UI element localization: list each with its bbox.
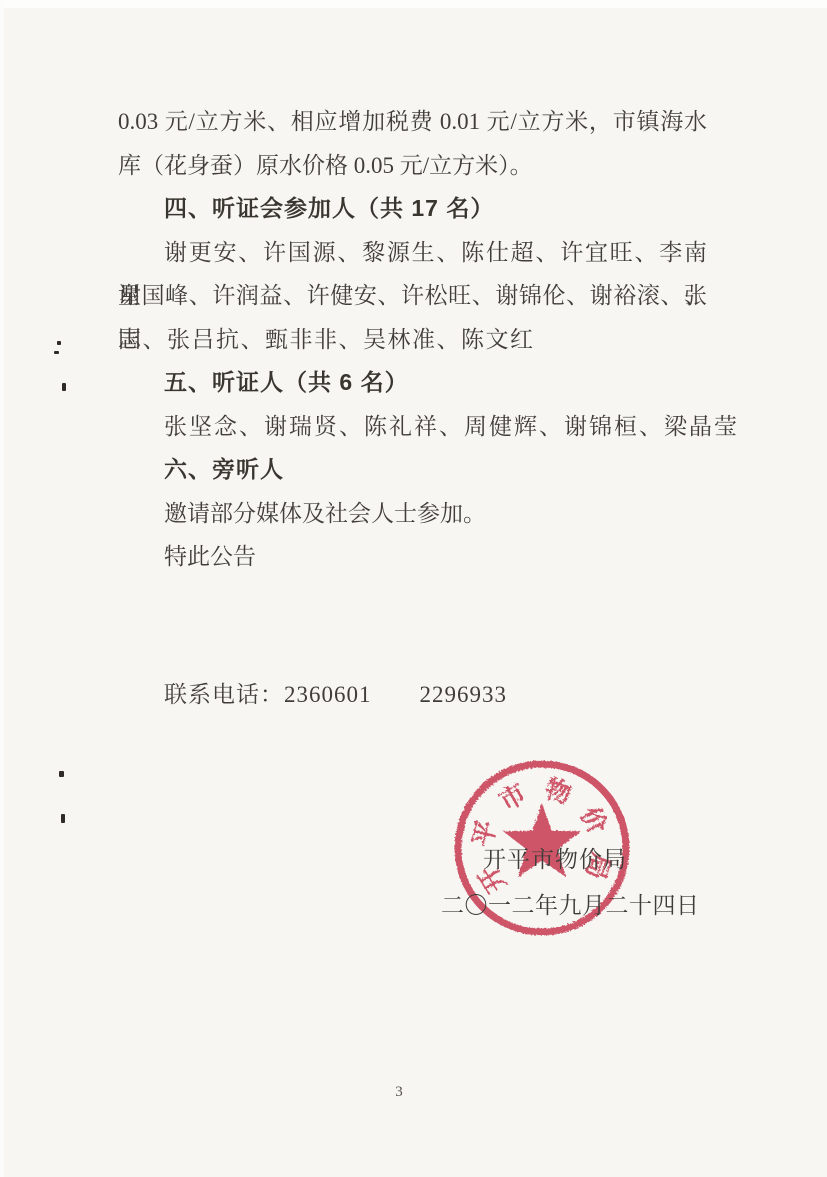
participants-names-line: 谢更安、许国源、黎源生、陈仕超、许宜旺、李南星、 (118, 231, 707, 275)
document-body: 0.03 元/立方米、相应增加税费 0.01 元/立方米，市镇海水 库（花身蚕）… (118, 100, 707, 716)
paragraph-line: 库（花身蚕）原水价格 0.05 元/立方米）。 (118, 144, 707, 188)
ink-speck (61, 814, 65, 823)
ink-speck (54, 351, 59, 354)
paragraph-line: 0.03 元/立方米、相应增加税费 0.01 元/立方米，市镇海水 (118, 100, 707, 144)
seal-char: 价 (575, 802, 614, 839)
signature-agency: 开平市物价局 (483, 846, 627, 874)
signature-date: 二〇一二年九月二十四日 (441, 892, 700, 920)
section-heading-5: 五、听证人（共 6 名） (118, 361, 707, 405)
seal-char: 市 (494, 777, 532, 816)
ink-speck (59, 771, 64, 777)
closing-line: 特此公告 (118, 535, 707, 579)
scan-edge-top (0, 0, 827, 8)
seal-char: 物 (542, 773, 575, 809)
participants-names-line: 谢国峰、许润益、许健安、许松旺、谢锦伦、谢裕滚、张国 (118, 274, 707, 318)
contact-phone-line: 联系电话：2360601 2296933 (118, 673, 707, 717)
scanned-document-page: { "body": { "lines": [ {"text": "0.03 元/… (0, 0, 827, 1177)
scan-edge-left (0, 0, 4, 1177)
participants-names-line: 志、张吕抗、甄非非、吴林准、陈文红 (118, 318, 707, 362)
ink-speck (62, 383, 66, 391)
ink-speck (57, 341, 61, 345)
section-heading-4: 四、听证会参加人（共 17 名） (118, 187, 707, 231)
section-heading-6: 六、旁听人 (118, 448, 707, 492)
page-number: 3 (383, 1084, 415, 1101)
paragraph-line: 邀请部分媒体及社会人士参加。 (118, 492, 707, 536)
hearers-names-line: 张坚念、谢瑞贤、陈礼祥、周健辉、谢锦桓、梁晶莹 (118, 405, 707, 449)
